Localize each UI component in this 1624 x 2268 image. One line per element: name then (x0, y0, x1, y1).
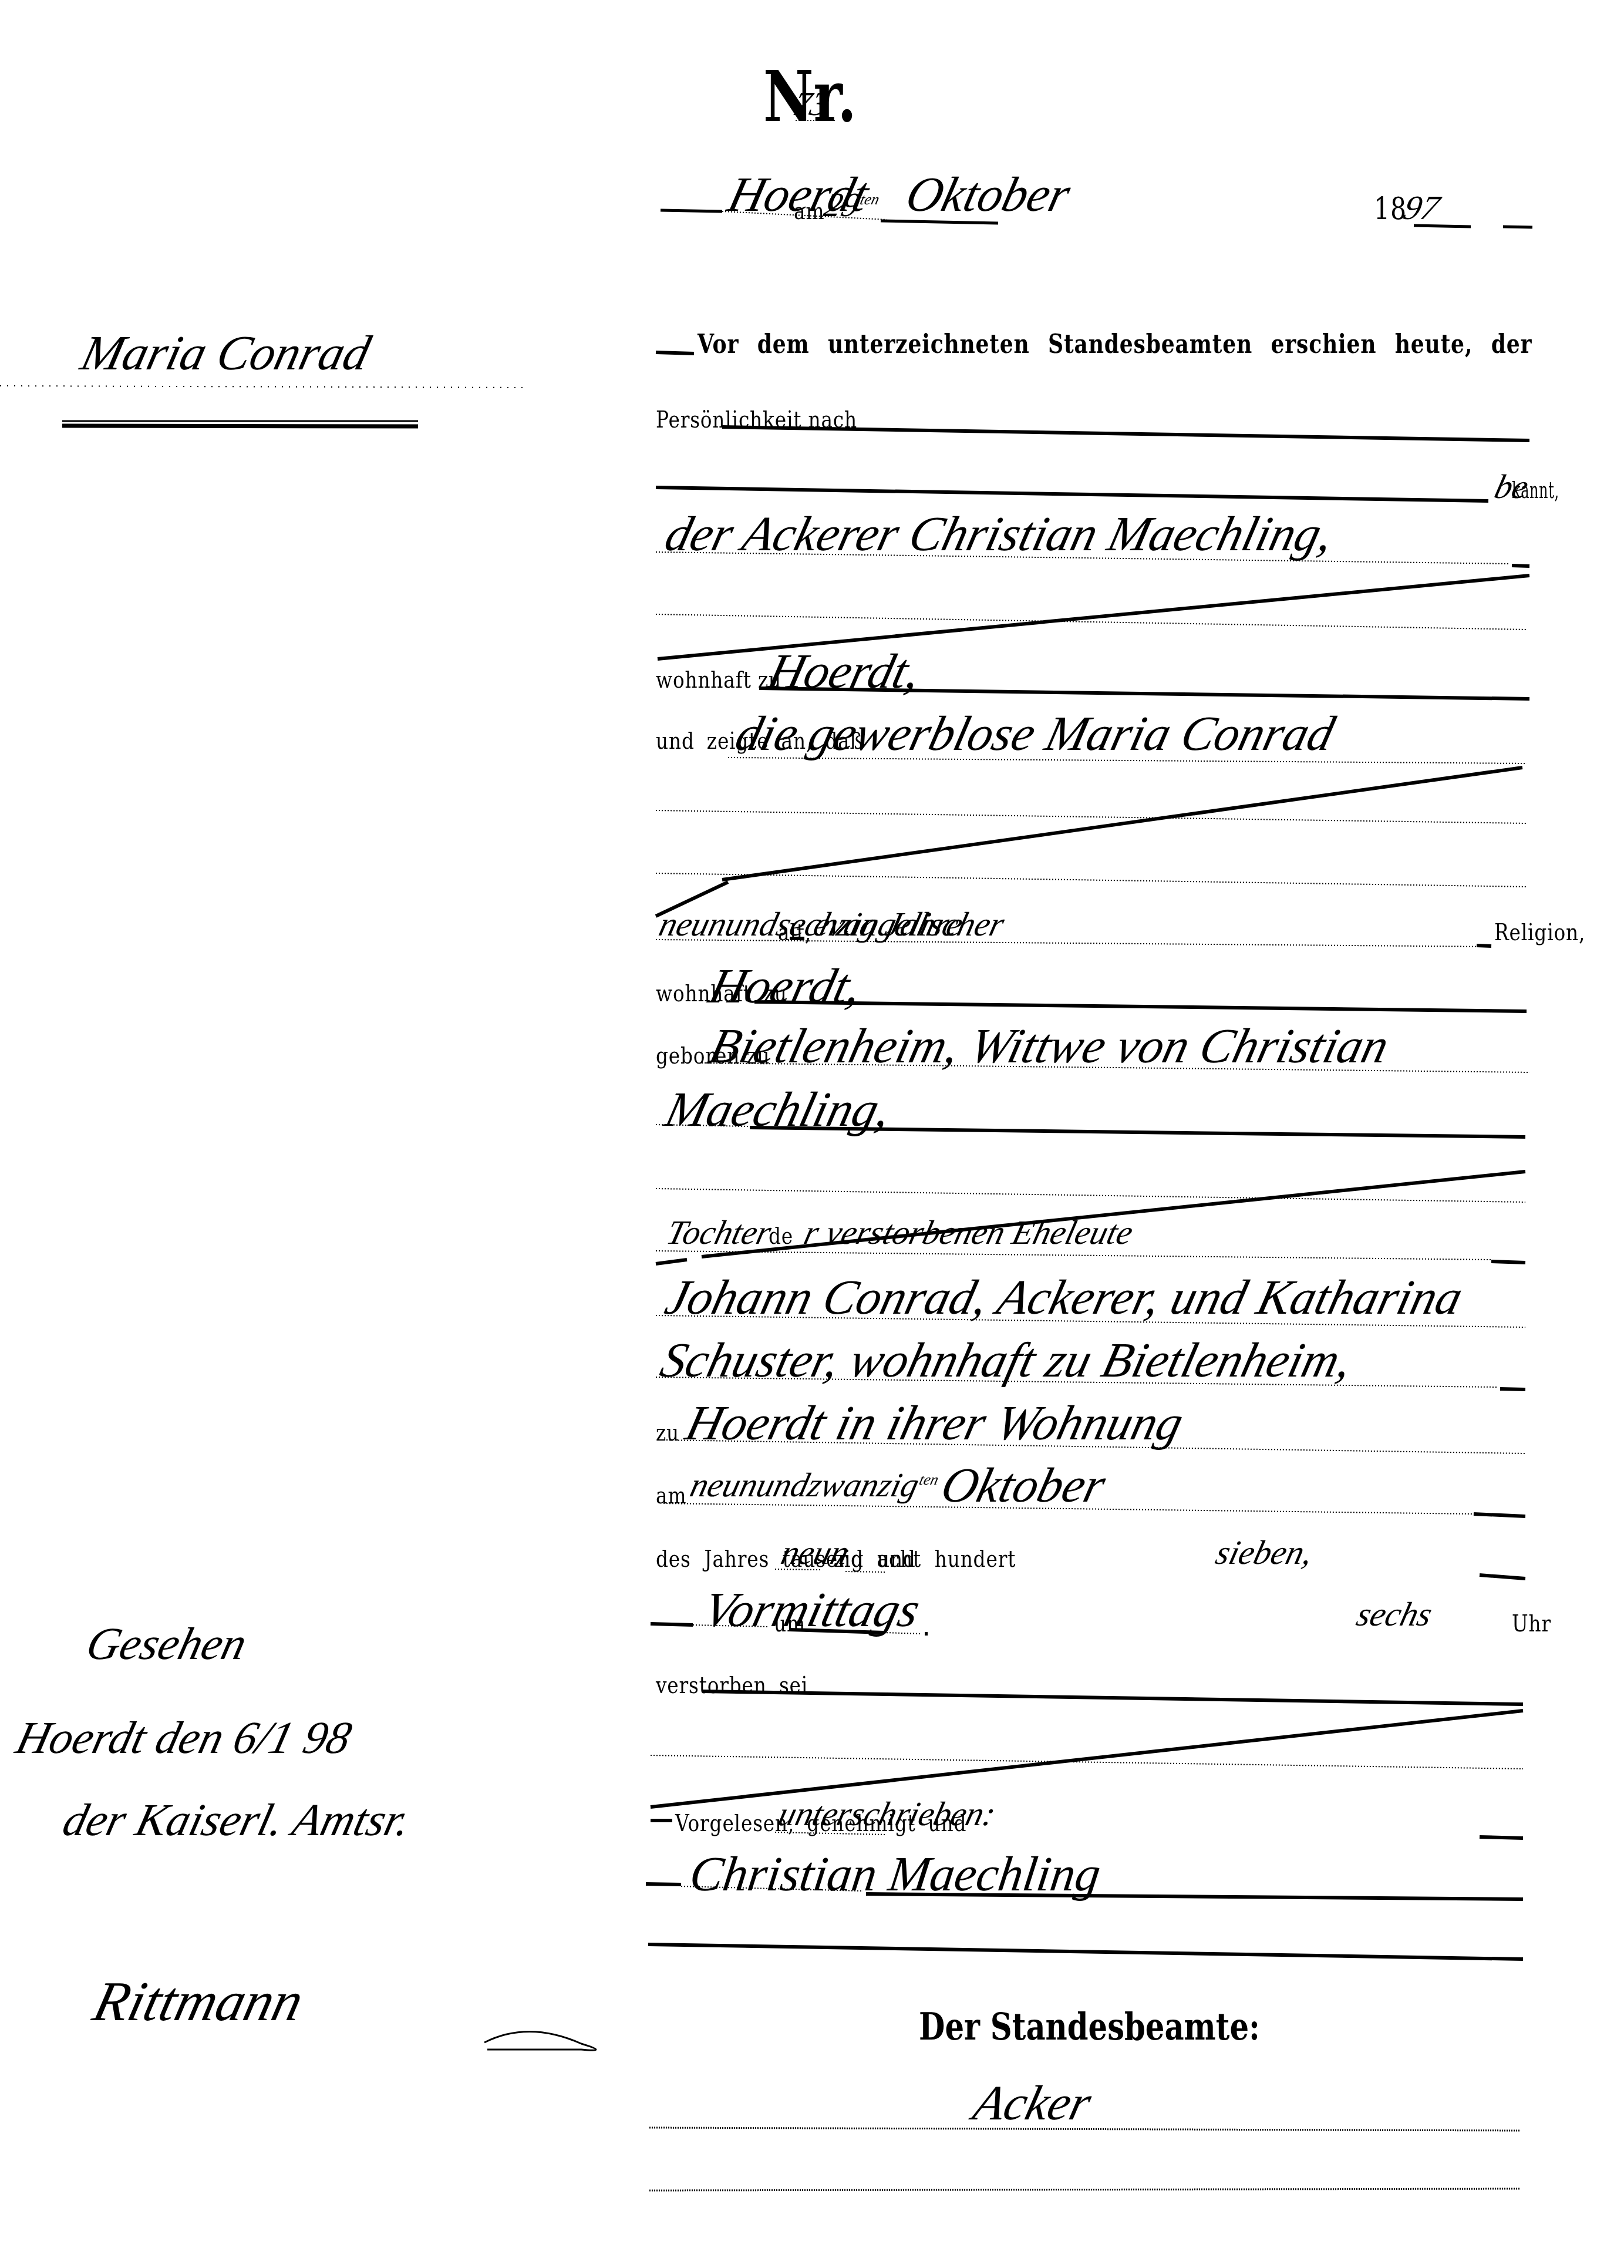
month: Oktober (901, 170, 1075, 220)
hour: sechs (1353, 1597, 1436, 1631)
birthplace-line2: Maechling, (661, 1085, 896, 1135)
informant-signature: Christian Maechling (687, 1850, 1103, 1899)
zig-und-label: zig und (834, 1547, 916, 1571)
margin-note-line1: Gesehen (82, 1621, 251, 1667)
margin-note-signature: Rittmann (88, 1973, 309, 2030)
parents-eheleute: r verstorbenen Eheleute (801, 1216, 1137, 1250)
um-label: um (774, 1612, 806, 1636)
time-of-day: Vormittags (699, 1586, 925, 1635)
uhr-label: Uhr (1512, 1612, 1551, 1636)
verstorben-label: verstorben sei (656, 1674, 808, 1697)
unterschrieben: unterschrieben: (775, 1797, 999, 1831)
persoenlichkeit-label: Persönlichkeit nach (656, 408, 857, 432)
death-day: neunundzwanzigten (687, 1468, 941, 1502)
register-page: Nr. 73 Hoerdt am 29ten Oktober 18 97 Mar… (0, 0, 1624, 2268)
parents-line2: Johann Conrad, Ackerer, und Katharina (661, 1273, 1467, 1323)
religion-label: Religion, (1494, 921, 1585, 944)
zu-label: zu (656, 1421, 679, 1445)
informant-residence: Hoerdt, (763, 647, 926, 696)
registrar-signature: Acker (969, 2079, 1096, 2128)
margin-name: Maria Conrad (76, 329, 375, 378)
death-day-suffix: ten (918, 1471, 941, 1488)
am-label: am (794, 200, 824, 223)
intro-text: Vor dem unterzeichneten Standesbeamten e… (698, 332, 1532, 358)
informant: der Ackerer Christian Maechling, (661, 510, 1339, 559)
day-suffix: ten (858, 191, 881, 208)
day: 29ten (821, 188, 882, 222)
parents-line3: Schuster, wohnhaft zu Bietlenheim, (656, 1336, 1357, 1385)
registrar-heading: Der Standesbeamte: (919, 2008, 1260, 2046)
death-place: Hoerdt in ihrer Wohnung (681, 1399, 1188, 1448)
wohnhaft-label: wohnhaft zu (656, 668, 781, 692)
margin-note-line2: Hoerdt den 6/1 98 (12, 1715, 356, 1761)
parents-line1: Tochter de r verstorbenen Eheleute (663, 1216, 1128, 1250)
margin-note-line3: der Kaiserl. Amtsr. (59, 1797, 415, 1843)
religion: evangelischer (810, 907, 1008, 941)
bekannt-print: kannt, (1512, 479, 1559, 502)
death-month: Oktober (936, 1461, 1110, 1510)
am-label-2: am (656, 1484, 686, 1507)
parents-de: de (769, 1224, 793, 1248)
year-units: sieben, (1212, 1536, 1316, 1570)
deceased-residence: Hoerdt, (705, 962, 867, 1011)
parents-tochter: Tochter (663, 1216, 775, 1250)
birthplace-line1: Bietlenheim, Wittwe von Christian (705, 1022, 1393, 1071)
deceased-name: die gewerblose Maria Conrad (731, 709, 1339, 759)
alt-label: alt, (778, 921, 811, 944)
